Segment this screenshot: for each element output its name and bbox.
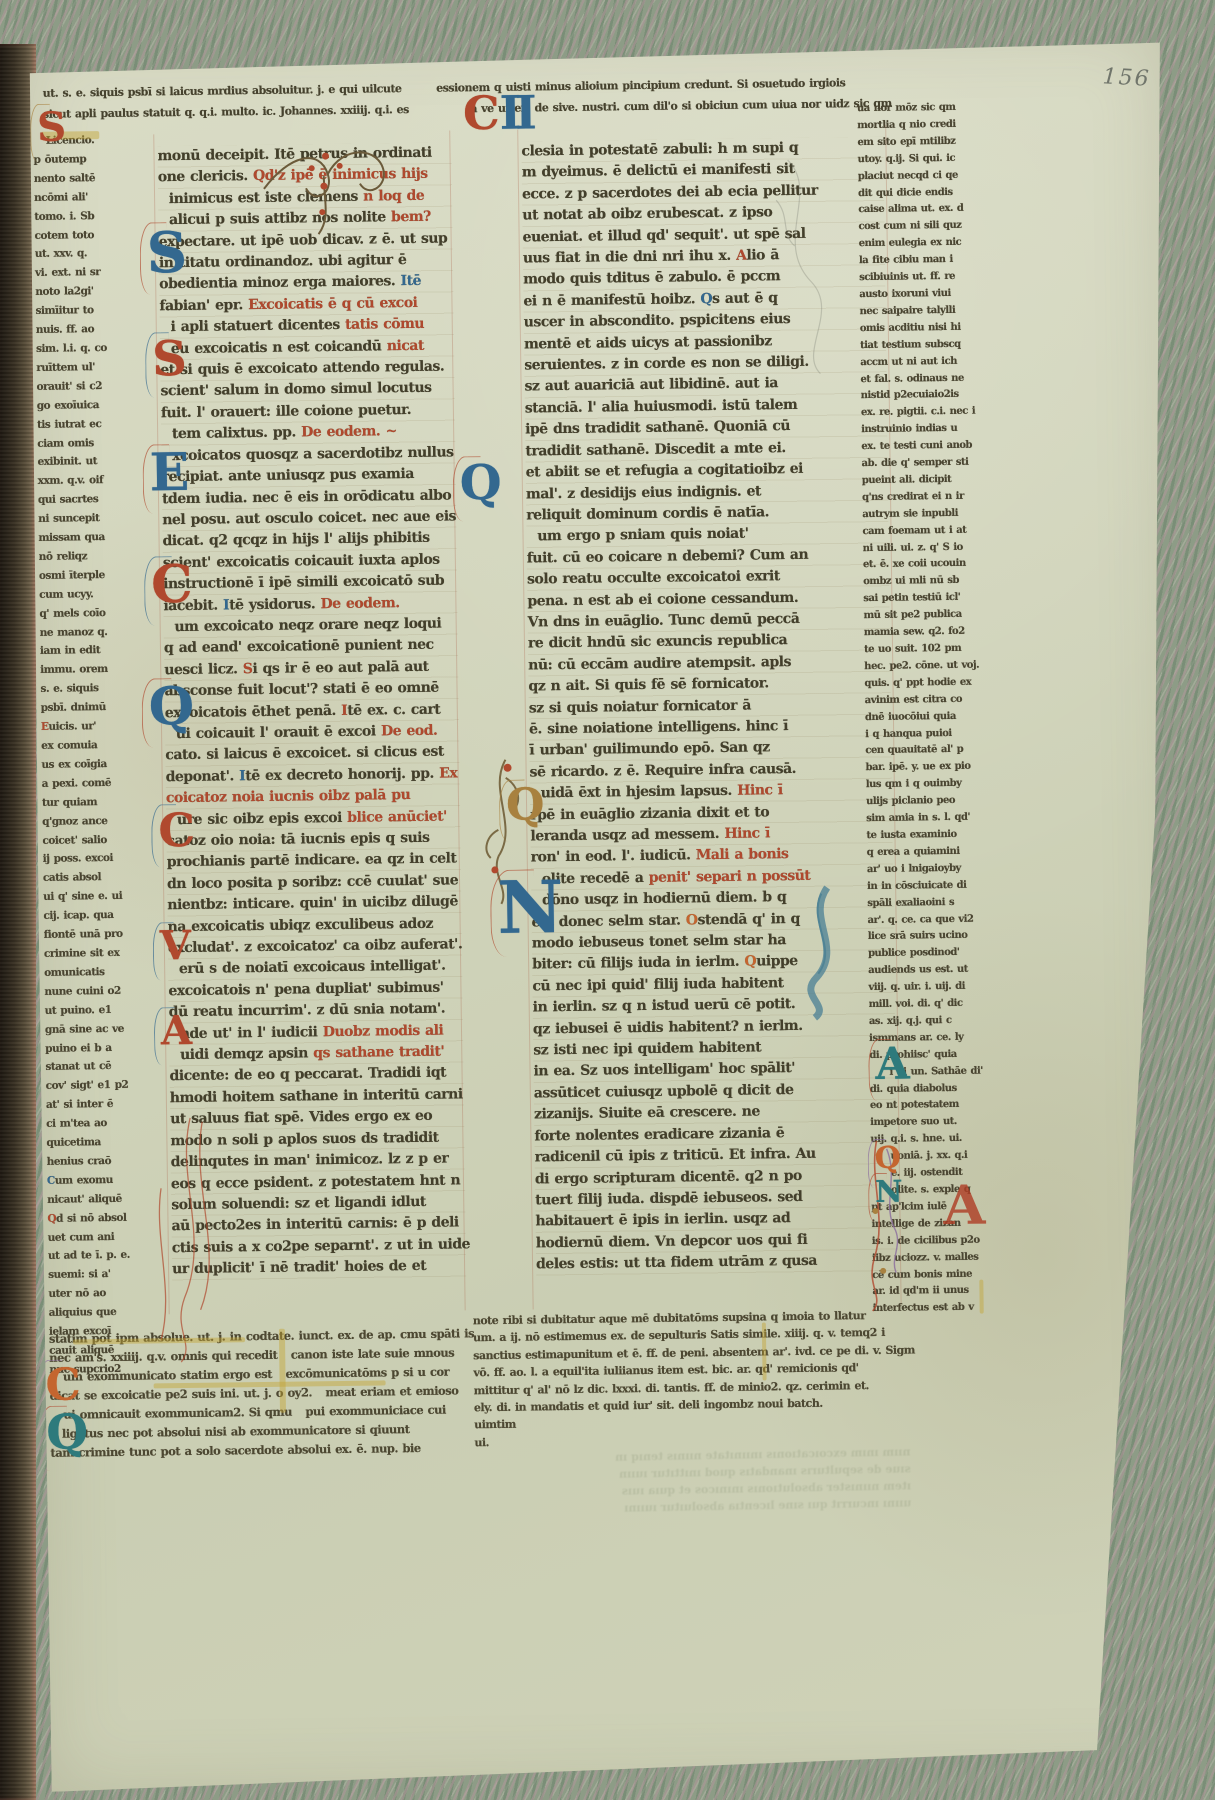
left-gloss-column-line: crimine sit ex: [44, 943, 162, 963]
text-segment: ī urban' guilimundo epō. San qz: [529, 740, 769, 759]
left-gloss-column-line: ci m'tea ao: [46, 1113, 164, 1133]
text-segment: in titatu ordinandoz. ubi agitur ē: [159, 252, 407, 271]
text-segment: xxm. q.v. oif: [38, 474, 103, 487]
text-segment: uidā ēxt in hjesim lapsus.: [530, 783, 738, 802]
text-segment: uscer in abscondito. pspicitens eius: [524, 311, 791, 330]
text-segment: seruientes. z in corde es non se diligi.: [524, 354, 809, 374]
text-segment: dū reatu incurrim'. z dū snia notam'.: [169, 1001, 446, 1021]
left-gloss-column-line: omunicatis: [44, 962, 162, 982]
left-gloss-column-line: missam qua: [38, 527, 156, 547]
left-gloss-column-line: cov' sigt' e1 p2: [46, 1076, 164, 1096]
text-segment: tatis cōmu: [345, 316, 424, 333]
text-segment: lio ā: [746, 247, 779, 263]
text-segment: habitauert ē ipis in ierlin. usqz ad: [535, 1210, 790, 1229]
text-segment: Hinc ī: [724, 825, 770, 842]
left-gloss-column-line: us ex coīgia: [41, 754, 159, 774]
text-segment: puino ei b a: [45, 1041, 112, 1054]
text-segment: ciam omis: [37, 437, 94, 450]
text-segment: eueniat. et illud qd' sequit'. ut spē sa…: [523, 225, 806, 245]
text-segment: ut puino. e1: [45, 1004, 112, 1017]
left-gloss-column-line: ncōmi ali': [34, 187, 152, 207]
left-gloss-column-line: stanat ut cē: [45, 1057, 163, 1077]
text-segment: ui.: [474, 1436, 489, 1449]
yellow-highlight: [762, 1322, 767, 1380]
illuminated-initial-C: C: [45, 1365, 81, 1405]
text-segment: excoicatois n' pena dupliat' subimus': [168, 979, 443, 999]
left-gloss-column-line: ij poss. excoi: [43, 849, 161, 869]
text-segment: noto la2gi': [35, 285, 93, 298]
text-segment: q ad eand' excoicationē punient nec: [164, 637, 434, 657]
left-gloss-column-line: q' mels coīo: [39, 603, 157, 623]
left-gloss-column-line: p ōutemp: [33, 149, 151, 169]
left-gloss-column-line: puino ei b a: [45, 1038, 163, 1058]
left-gloss-column-line: nento saltē: [34, 168, 152, 188]
left-gloss-column-line: catis absol: [43, 868, 161, 888]
text-segment: crimine sit ex: [44, 947, 119, 960]
main-column-left-line: deponat'. Itē ex decreto honorij. pp. Ex: [166, 763, 460, 788]
text-segment: ar. id qd'm ii unus: [872, 1285, 968, 1297]
text-segment: in ea. Sz uos intelligam' hoc spālit': [533, 1060, 795, 1079]
text-segment: xcoicatos quosqz a sacerdotibz nullus: [161, 444, 453, 464]
bottom-left-gloss-block: statim pot ipm absolue. ut. j. in codtat…: [49, 1324, 507, 1463]
text-segment: missam qua: [38, 531, 104, 544]
left-gloss-column-line: immu. orem: [40, 660, 158, 680]
text-segment: nel posu. aut osculo coicet. nec aue eis: [162, 508, 456, 528]
text-segment: ua nor mōz sic qm: [857, 102, 956, 114]
text-segment: qui sacrtes: [38, 493, 98, 506]
main-column-right: clesia in potestatē zabuli: h m supi qm …: [521, 137, 898, 1276]
text-segment: ut notat ab oibz erubescat. z ipso: [522, 204, 772, 223]
text-segment: delinqutes in man' inimicoz. lz z p er: [171, 1151, 449, 1171]
text-segment: uter nō ao: [48, 1287, 106, 1300]
text-segment: nicaut' aliquē: [47, 1193, 122, 1206]
text-segment: tem calixtus. pp.: [161, 425, 301, 443]
text-segment: et si quis ē excoicato attendo regulas.: [160, 359, 444, 379]
text-segment: ex comuia: [41, 739, 97, 752]
text-segment: aū pecto2es in interitū carnis: ē p deli: [171, 1215, 458, 1235]
text-segment: clesia in potestatē zabuli: h m supi q: [521, 140, 798, 160]
illuminated-initial-Q: Q: [506, 785, 545, 825]
main-column-left-line: expectare. ut ipē uob dicav. z ē. ut sup: [159, 228, 453, 253]
text-segment: et abiit se et refugia a cogitatioibz ei: [526, 461, 803, 481]
left-gloss-column-line: at' si inter ē: [46, 1095, 164, 1115]
text-segment: us ex coīgia: [41, 758, 106, 771]
left-gloss-column-line: ut puino. e1: [45, 1000, 163, 1020]
text-segment: fabian' epr.: [159, 297, 248, 314]
text-segment: S: [243, 661, 253, 677]
left-gloss-column-line: Qd si nō absol: [47, 1208, 165, 1228]
text-segment: ely. di. in mandatis et quid iur' sit. d…: [474, 1397, 823, 1415]
text-segment: hmodi hoitem sathane in interitū carni: [170, 1086, 463, 1106]
left-gloss-column-line: ut ad te ī. p. e.: [48, 1246, 166, 1266]
text-segment: dōno usqz in hodiernū diem. b q: [531, 889, 786, 908]
text-segment: Duobz modis ali: [323, 1022, 444, 1040]
left-gloss-column-line: simīitur to: [35, 301, 153, 321]
left-gloss-column-line: a pexi. comē: [42, 773, 160, 793]
text-segment: uippe: [756, 953, 798, 970]
text-segment: ipē dns tradidit sathanē. Quoniā cū: [525, 418, 790, 437]
text-segment: deponat'.: [166, 768, 240, 785]
text-segment: qs sathane tradit': [313, 1044, 444, 1062]
text-segment: in ierlin. sz q n istud uerū cē potit.: [533, 996, 796, 1015]
text-segment: modo quis tditus ē zabulo. ē pccm: [523, 269, 780, 288]
illuminated-initial-C: C: [151, 562, 193, 609]
illuminated-initial-Q: Q: [148, 684, 194, 731]
text-segment: Q: [700, 291, 712, 307]
left-gloss-column-line: ut. xxv. q.: [35, 244, 153, 264]
illuminated-initial-N: N: [497, 875, 564, 941]
text-segment: uicis. ur': [48, 720, 96, 733]
left-gloss-column-line: quicetima: [46, 1132, 164, 1152]
left-gloss-column-line: ciam omis: [37, 433, 155, 453]
right-gloss-column-line: ar. id qd'm ii unus: [872, 1282, 1036, 1301]
filigree-icon: [141, 678, 172, 747]
text-segment: scient' excoicatis coicauit iuxta aplos: [163, 551, 440, 571]
text-segment: nune cuini o2: [44, 985, 120, 998]
text-segment: nicat: [387, 337, 424, 353]
text-segment: dn loco posita p soribz: ccē cuulat' sue: [167, 872, 458, 892]
filigree-icon: [144, 556, 173, 625]
text-segment: q' mels coīo: [39, 607, 105, 620]
text-segment: exibinit. ut: [37, 456, 97, 469]
text-segment: assūticet cuiusqz upbolē q dicit de: [534, 1082, 794, 1101]
text-segment: cij. icap. qua: [43, 909, 113, 922]
text-segment: catoz oio noia: tā iucnis epis q suis: [166, 830, 429, 849]
text-segment: cum ucyy.: [39, 588, 93, 601]
illuminated-initial-A: A: [161, 1013, 193, 1049]
text-segment: Vn dns in euāglio. Tunc demū peccā: [528, 611, 800, 631]
left-gloss-column-line: tis iutrat ec: [37, 414, 155, 434]
filigree-icon: [139, 222, 167, 295]
text-segment: m dyeimus. ē delictū ei manifesti sit: [522, 161, 795, 181]
text-segment: Qd'z ipē ē inimicus hijs: [253, 166, 428, 184]
left-gloss-column-line: uet cum ani: [48, 1227, 166, 1247]
text-segment: ur duplicit' ī nē tradit' hoies de et: [172, 1258, 426, 1277]
text-segment: tur quiam: [42, 796, 97, 809]
text-segment: ei n ē manifestū hoibz.: [523, 291, 700, 309]
text-segment: osmi īterple: [39, 569, 105, 582]
text-segment: nientbz: inticare. quin' in uicibz dilug…: [167, 894, 458, 914]
text-segment: tis iutrat ec: [37, 418, 101, 431]
text-segment: rpē in euāglio zizania dixit et to: [530, 804, 769, 823]
text-segment: ui omnicauit exommunicam2. Si qmu pui ex…: [50, 1403, 446, 1422]
running-header-letter: C: [463, 86, 500, 140]
illuminated-initial-N: N: [875, 1179, 903, 1206]
left-gloss-column-line: suemi: si a': [48, 1265, 166, 1285]
filigree-icon: [30, 104, 51, 162]
text-segment: solo reatu occulte excoicatoi exrit: [527, 568, 780, 587]
text-segment: eos q ecce psident. z potestatem hnt n: [171, 1172, 460, 1192]
text-segment: C: [47, 1175, 55, 1187]
text-segment: vō. ff. ao. l. a equil'ita iuliianus ite…: [473, 1361, 858, 1379]
text-segment: inimicus est iste clemens: [158, 188, 363, 207]
text-segment: um exommunicato statim ergo est excōmuni…: [49, 1365, 449, 1384]
illuminated-initial-Q: Q: [875, 1145, 901, 1172]
left-gloss-column-line: s. e. siquis: [40, 679, 158, 699]
text-segment: Q: [744, 954, 756, 970]
left-gloss-column-line: vi. ext. ni sr: [35, 263, 153, 283]
text-segment: zizanijs. Siuite eā crescere. ne: [534, 1104, 760, 1123]
text-segment: stanciā. l' alia huiusmodi. istū talem: [525, 397, 798, 417]
text-segment: cato. si laicus ē excoicet. si clicus es…: [165, 744, 444, 764]
text-segment: a pexi. comē: [42, 777, 111, 790]
text-segment: go exoīuica: [37, 399, 99, 412]
left-gloss-column-line: coicet' salio: [42, 830, 160, 850]
text-segment: qz n ait. Si quis fē sē fornicator.: [528, 675, 768, 694]
text-segment: mortlia q nio credi: [857, 119, 956, 131]
text-segment: sz si quis noiatur fornicator ā: [529, 697, 751, 716]
text-segment: gnā sine ac ve: [45, 1022, 124, 1035]
left-gloss-column-line: cij. icap. qua: [43, 905, 161, 925]
text-segment: tomo. i. Sb: [34, 210, 94, 223]
left-gloss-column-line: ex comuia: [41, 735, 159, 755]
text-segment: Q: [47, 1212, 56, 1224]
left-gloss-column-line: gnā sine ac ve: [45, 1019, 163, 1039]
text-segment: d si nō absol: [56, 1211, 127, 1224]
illuminated-initial-E: E: [149, 450, 189, 497]
text-segment: tradidit sathanē. Discedit a mte ei.: [525, 440, 785, 459]
left-gloss-column: Licencio.p ōutempnento saltēncōmi ali'to…: [33, 130, 167, 1379]
text-segment: suemi: si a': [48, 1268, 111, 1281]
text-segment: ē. sine noiatione intelligens. hinc ī: [529, 718, 788, 737]
text-segment: q'gnoz ance: [42, 815, 107, 828]
left-gloss-column-line: Cum exomu: [47, 1170, 165, 1190]
text-segment: um ergo p sniam quis noiat': [526, 526, 748, 545]
running-header-numeral: II: [499, 85, 531, 139]
left-gloss-column-line: nuis. ff. ao: [36, 319, 154, 339]
text-segment: mal'. z desidijs eius indignis. et: [526, 483, 761, 502]
text-segment: excludat'. z excoicatoz' ca oibz auferat…: [168, 936, 463, 956]
main-column-right-line: deles estis: ut tta fidem utrām z qusa: [536, 1250, 898, 1276]
text-segment: recipiat. ante uniusqz pus examia: [162, 466, 414, 485]
text-segment: Ex: [439, 765, 457, 781]
text-segment: tuert filij iuda. dispdē iebuseos. sed: [535, 1189, 802, 1208]
text-segment: ui coicauit l' orauit ē excoi: [165, 723, 381, 742]
filigree-icon: [490, 869, 535, 956]
yellow-highlight: [979, 1280, 983, 1314]
text-segment: radicenil cū ipis z triticū. Et infra. A…: [535, 1146, 816, 1166]
running-header: CII: [463, 89, 531, 136]
text-segment: i qs ir ē eo aut palā aut: [252, 659, 428, 677]
text-segment: nū: cū eccām audire atempsit. apls: [528, 654, 791, 673]
text-segment: De eodem. ~: [301, 423, 397, 440]
filigree-icon: [153, 922, 175, 980]
text-segment: ruīttem ul': [36, 361, 95, 374]
text-segment: alicui p suis attibz nos nolite: [158, 209, 391, 228]
filigree-icon: [868, 1173, 887, 1222]
text-segment: obedientia minoz erga maiores.: [159, 274, 401, 293]
text-segment: ut ad te ī. p. e.: [48, 1249, 130, 1262]
text-segment: s. e. siquis: [40, 682, 98, 695]
text-segment: um exomu: [55, 1174, 113, 1187]
text-segment: nec am's. xxiiij. q.v. omnis qui recedit…: [49, 1346, 454, 1365]
text-segment: monū deceipit. Itē petrus in ordinati: [157, 145, 431, 165]
left-gloss-column-line: orauit' si c2: [36, 376, 154, 396]
main-column-left-line: fuit. l' orauert: ille coione puetur.: [161, 399, 455, 424]
text-segment: nuis. ff. ao: [36, 323, 94, 336]
text-segment: o ligatus nec pot absolui nisi ab exommu…: [50, 1422, 409, 1441]
text-segment: di ergo scripturam dicentē. q2 n po: [535, 1167, 802, 1186]
text-segment: pena. n est ab ei coione cessandum.: [527, 589, 798, 609]
text-segment: instructionē ī ipē simili excoicatō sub: [163, 573, 444, 593]
left-gloss-column-line: nō reliqz: [39, 546, 157, 566]
text-segment: bem?: [391, 209, 431, 226]
text-segment: tē ex. c. cart: [347, 701, 440, 718]
text-segment: modo n soli p aplos suos ds tradidit: [170, 1129, 438, 1149]
filigree-icon: [452, 456, 481, 522]
main-column-left: monū deceipit. Itē petrus in ordinatione…: [157, 142, 466, 1280]
text-segment: one clericis.: [158, 168, 253, 185]
text-segment: O: [686, 912, 698, 928]
text-segment: catis absol: [43, 871, 101, 884]
text-segment: s aut ē q: [712, 290, 778, 307]
text-segment: blice anūciet': [347, 808, 447, 825]
text-segment: tē ysidorus.: [229, 596, 321, 613]
left-gloss-column-line: nune cuini o2: [44, 981, 162, 1001]
text-segment: solum soluendi: sz et ligandi idlut: [171, 1194, 426, 1213]
text-segment: tam crimine tunc pot a solo sacerdote ab…: [50, 1441, 420, 1460]
text-segment: Excoicatis ē q cū excoi: [248, 295, 417, 313]
text-segment: ni suncepit: [38, 512, 99, 525]
text-segment: ut saluus fiat spē. Vides ergo ex eo: [170, 1108, 432, 1127]
text-segment: leranda usqz ad messem.: [530, 826, 724, 845]
text-segment: Hinc ī: [737, 782, 783, 799]
text-segment: scient' salum in domo simul locutus: [161, 380, 432, 400]
text-segment: ecce. z p sacerdotes dei ab ecia pellitu…: [522, 182, 818, 202]
text-segment: sz isti nec ipi quidem habitent: [533, 1040, 761, 1059]
text-segment: eu excoicatis n est coicandū: [160, 338, 387, 357]
text-segment: at' si inter ē: [46, 1098, 113, 1111]
left-gloss-column-line: noto la2gi': [35, 282, 153, 302]
text-segment: absconse fuit locut'? stati ē eo omnē: [164, 680, 438, 700]
text-segment: fiontē unā pro: [44, 928, 123, 941]
text-segment: ui q' sine e. ui: [43, 890, 122, 903]
left-gloss-column-line: qui sacrtes: [38, 490, 156, 510]
text-segment: penit' separi n possūt: [649, 868, 811, 886]
text-segment: nento saltē: [34, 172, 95, 185]
text-segment: biter: cū filijs iuda in ierlm.: [532, 954, 745, 973]
text-segment: A: [736, 248, 747, 264]
illuminated-initial-A: A: [875, 1045, 910, 1085]
text-segment: stanat ut cē: [45, 1060, 111, 1073]
text-segment: cū nec ipi quid' filij iuda habitent: [532, 975, 783, 994]
left-gloss-column-line: aliquius que: [49, 1302, 167, 1322]
filigree-icon: [142, 444, 170, 513]
left-gloss-column-line: ruīttem ul': [36, 357, 154, 377]
text-segment: deles estis: ut tta fidem utrām z qusa: [536, 1253, 817, 1273]
text-segment: i apli statuert dicentes: [160, 317, 346, 335]
text-segment: um excoicato neqz orare neqz loqui: [164, 616, 442, 636]
text-segment: na excoicatis ubiqz exculibeus adoz: [168, 915, 434, 934]
left-gloss-column-line: osmi īterple: [39, 565, 157, 585]
illuminated-initial-Q: Q: [460, 462, 502, 506]
left-gloss-column-line: henius craō: [47, 1151, 165, 1171]
text-segment: psbī. dnimū: [41, 701, 106, 714]
illuminated-initial-S: S: [146, 228, 187, 279]
book-edge-shadow: [0, 44, 36, 1800]
right-gloss-column-line: mortlia q nio credi: [857, 116, 1021, 135]
text-segment: excoicaus intelligat'.: [293, 958, 445, 976]
bottom-note-block: note ribi si dubitatur aque mē dubitatōm…: [473, 1307, 915, 1452]
text-segment: sim. l.i. q. co: [36, 342, 107, 355]
text-segment: ij poss. excoi: [43, 852, 113, 865]
filigree-icon: [145, 332, 169, 397]
text-segment: ut. xxv. q.: [35, 248, 87, 261]
text-segment: De eod.: [381, 723, 438, 740]
illuminated-initial-S: S: [152, 338, 187, 382]
text-segment: reliquit dominum cordis ē natīa.: [526, 504, 769, 523]
text-segment: omunicatis: [44, 966, 104, 979]
text-segment: tdem iudia. nec ē eis in orōdicatu albo: [162, 487, 451, 507]
filigree-icon: [868, 1039, 892, 1101]
left-gloss-column-line: fiontē unā pro: [44, 924, 162, 944]
left-gloss-column-line: sim. l.i. q. co: [36, 338, 154, 358]
text-segment: sz aut auariciā aut libidinē. aut ia: [524, 376, 778, 395]
left-gloss-column-line: go exoīuica: [37, 395, 155, 415]
filigree-icon: [154, 1007, 176, 1065]
left-gloss-column-line: uter nō ao: [48, 1284, 166, 1304]
left-gloss-column-line: q'gnoz ance: [42, 811, 160, 831]
text-segment: fuit. l' orauert: ille coione puetur.: [161, 402, 411, 421]
left-gloss-column-line: ni suncepit: [38, 508, 156, 528]
main-column-left-line: instructionē ī ipē simili excoicatō sub: [163, 571, 457, 596]
text-segment: tē ex decreto honorij. pp.: [245, 765, 439, 784]
left-gloss-column-line: ne manoz q.: [40, 622, 158, 642]
text-segment: modo iebuseus tonet selm star ha: [532, 932, 786, 951]
text-segment: re dicit hndū sic exuncis republica: [528, 632, 787, 651]
text-segment: E: [41, 721, 49, 733]
text-segment: henius craō: [47, 1155, 112, 1168]
text-segment: qz iebusei ē uidis habitent? n ierlm.: [533, 1018, 803, 1038]
manuscript-photo: 156 CII ut. s. e. siquis psbī si laicus …: [0, 0, 1215, 1800]
text-segment: cov' sigt' e1 p2: [46, 1079, 129, 1092]
text-segment: ci m'tea ao: [46, 1117, 107, 1130]
main-column-left-line: ur duplicit' ī nē tradit' hoies de et: [172, 1255, 466, 1280]
illuminated-initial-Q: Q: [46, 1411, 88, 1455]
left-gloss-column-line: cum ucyy.: [39, 584, 157, 604]
left-gloss-column-line: cotem toto: [34, 225, 152, 245]
illuminated-initial-C: C: [158, 810, 195, 852]
text-segment: dicente: de eo q peccarat. Tradidi iqt: [169, 1065, 446, 1085]
text-segment: vi. ext. ni sr: [35, 266, 100, 279]
text-segment: nō reliqz: [39, 550, 87, 563]
text-segment: coicet' salio: [42, 834, 107, 847]
text-segment: stendā q' in q: [697, 911, 799, 928]
text-segment: expectare. ut ipē uob dicav. z ē. ut sup: [159, 230, 448, 250]
left-gloss-column-line: nicaut' aliquē: [47, 1189, 165, 1209]
text-segment: uimtim: [474, 1418, 516, 1432]
left-gloss-column-line: iam in edit: [40, 641, 158, 661]
text-segment: sē ricardo. z ē. Require infra causā.: [530, 761, 797, 780]
text-segment: De eodem.: [320, 595, 399, 612]
left-gloss-column-line: xxm. q.v. oif: [38, 471, 156, 491]
filigree-icon: [499, 780, 526, 842]
text-segment: aliquius que: [49, 1306, 117, 1319]
text-segment: prochianis partē indicare. ea qz in celt: [167, 851, 457, 871]
text-segment: orauit' si c2: [36, 380, 102, 393]
left-gloss-column-line: tomo. i. Sb: [34, 206, 152, 226]
left-gloss-column-line: exibinit. ut: [37, 452, 155, 472]
yellow-highlight: [279, 1329, 286, 1413]
ink-bleedthrough: nıım ınım excoıcatıonıs ınıınıtate nıını…: [464, 1443, 911, 1519]
text-segment: n loq de: [363, 188, 424, 205]
red-paraph-mark: A: [943, 1178, 986, 1233]
text-segment: simīitur to: [35, 304, 93, 317]
text-segment: Mali a bonis: [696, 846, 789, 863]
text-segment: uet cum ani: [48, 1231, 115, 1244]
text-segment: ctis suis a x co2pe separnt'. z ut in ui…: [172, 1236, 470, 1256]
text-segment: Itē: [400, 273, 421, 289]
